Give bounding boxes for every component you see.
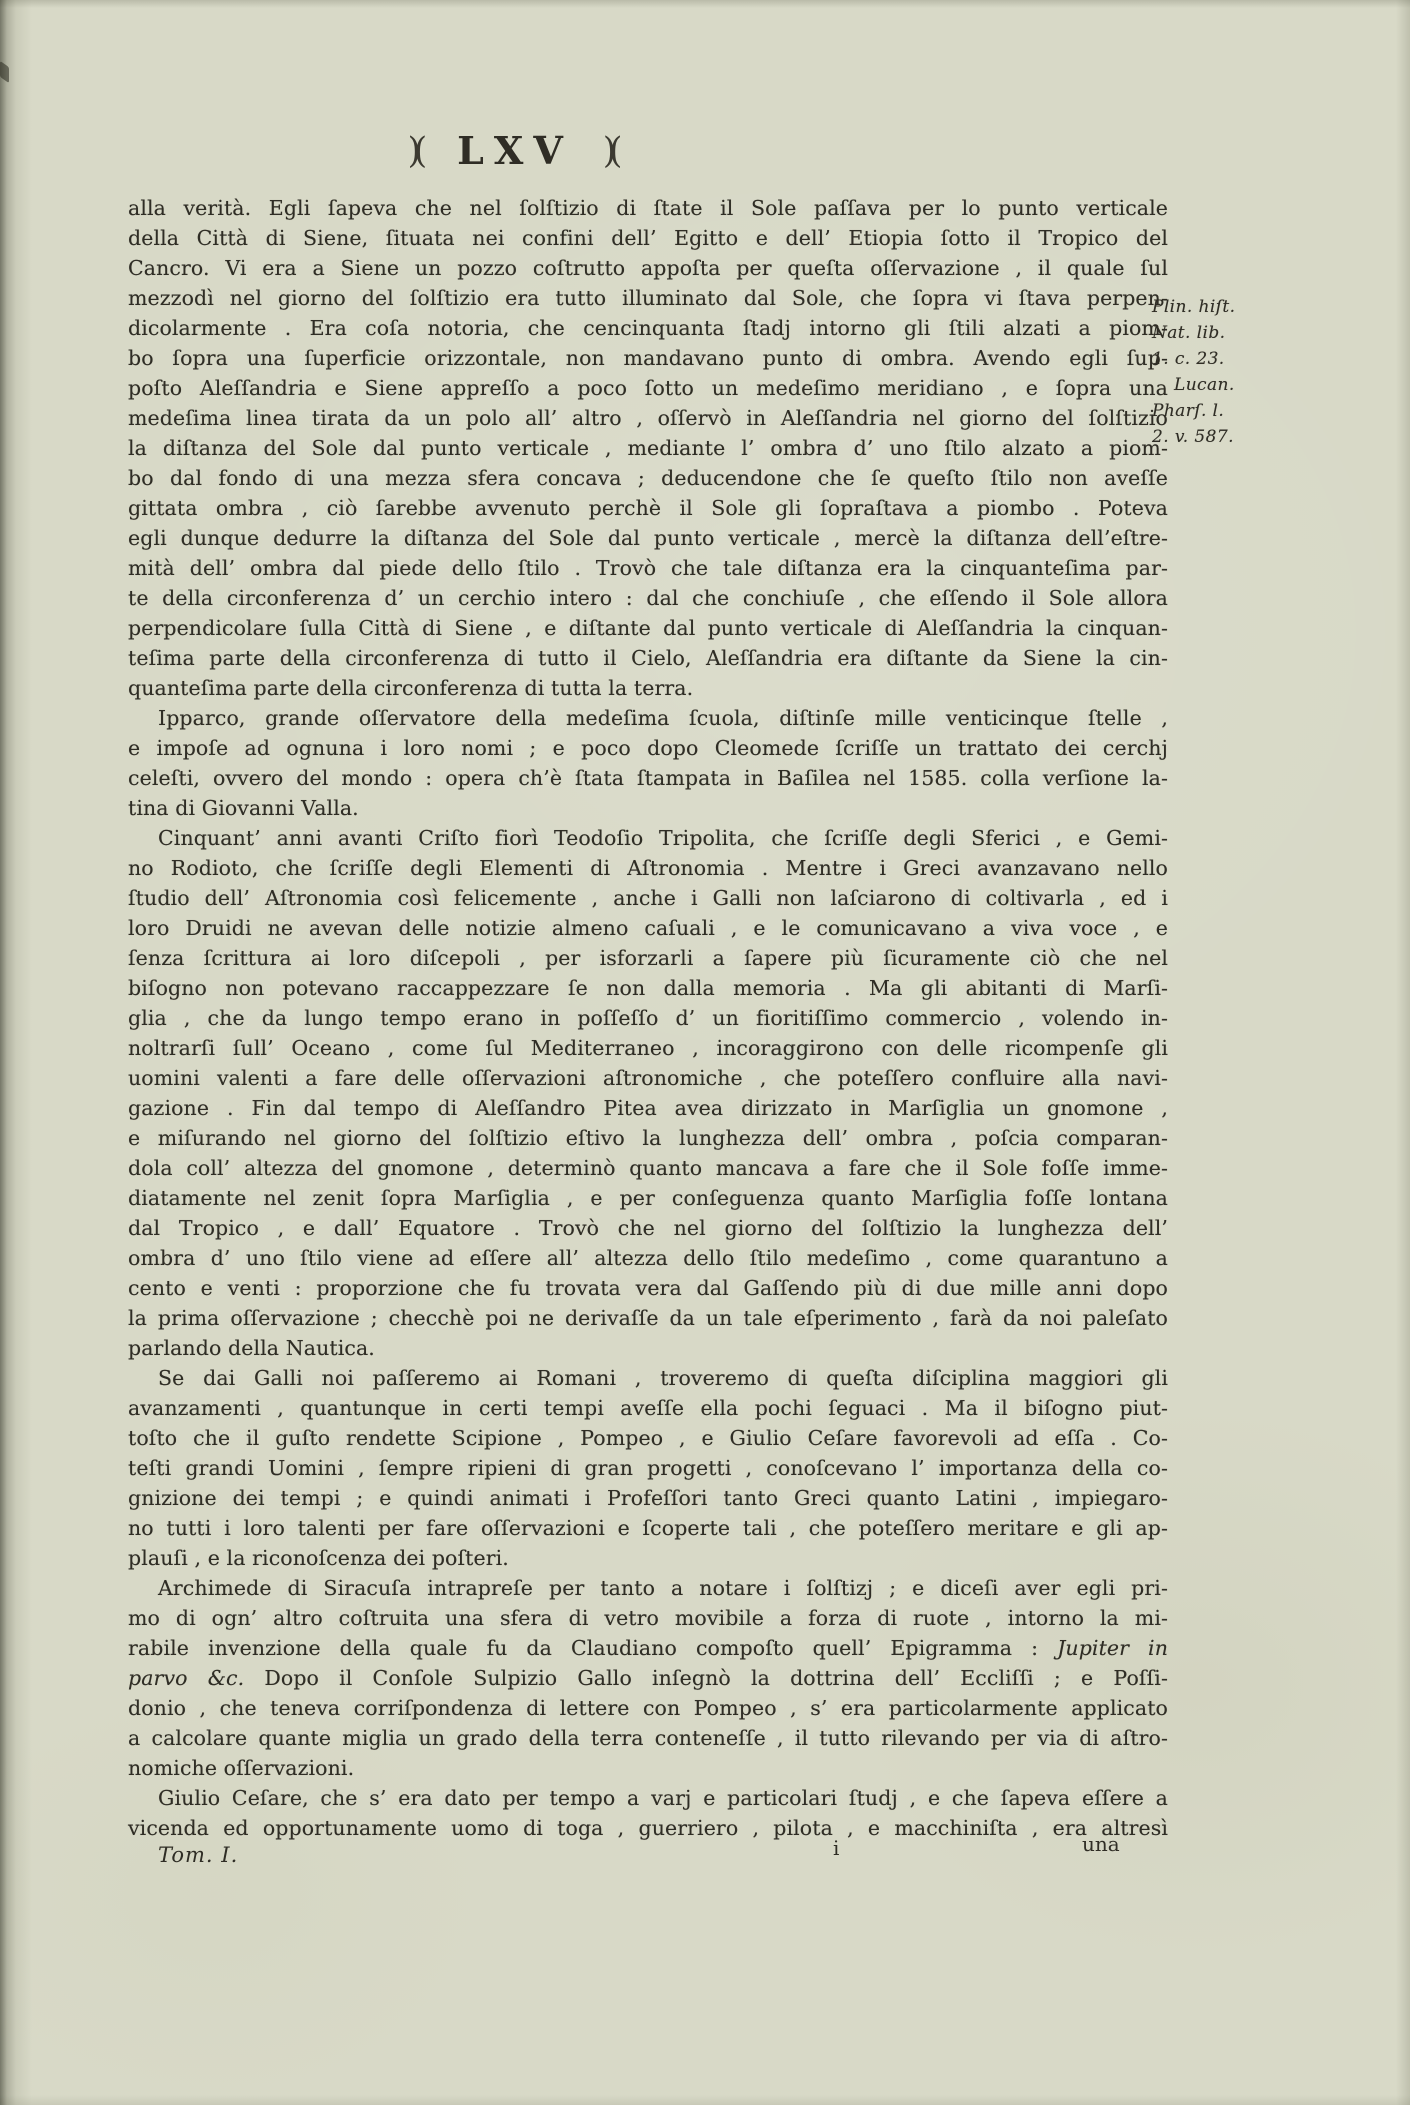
text-line: quanteſima parte della circonferenza di … <box>128 673 1168 703</box>
text-line: dola coll’ altezza del gnomone , determi… <box>128 1153 1168 1183</box>
margin-notes: Plin. hiſt.Nat. lib.1. c. 23.Lucan.Pharſ… <box>1152 294 1322 450</box>
text-line: plauſi , e la riconoſcenza dei poſteri. <box>128 1543 1168 1573</box>
text-line: tina di Giovanni Valla. <box>128 793 1168 823</box>
body-text: alla verità. Egli ſapeva che nel ſolſtiz… <box>128 193 1168 1843</box>
volume-label: Tom. I. <box>158 1843 238 1867</box>
signature-mark: i <box>833 1836 839 1860</box>
header-ornament-right: )( <box>603 130 623 172</box>
text-line: mezzodì nel giorno del ſolſtizio era tut… <box>128 283 1168 313</box>
text-line: poſto Aleſſandria e Siene appreſſo a poc… <box>128 373 1168 403</box>
text-line: bo dal fondo di una mezza sfera concava … <box>128 463 1168 493</box>
text-line: egli dunque dedurre la diſtanza del Sole… <box>128 523 1168 553</box>
book-page: )( LXV )( alla verità. Egli ſapeva che n… <box>0 0 1410 2105</box>
text-line: donio , che teneva corriſpondenza di let… <box>128 1693 1168 1723</box>
text-line: cento e venti : proporzione che fu trova… <box>128 1273 1168 1303</box>
text-line: e impoſe ad ognuna i loro nomi ; e poco … <box>128 733 1168 763</box>
margin-note-line: Pharſ. l. <box>1152 398 1322 424</box>
text-line: ſtudio dell’ Aſtronomia così felicemente… <box>128 883 1168 913</box>
text-line: noltrarſi ſull’ Oceano , come ſul Medite… <box>128 1033 1168 1063</box>
text-line: glia , che da lungo tempo erano in poſſe… <box>128 1003 1168 1033</box>
text-line: Ipparco, grande oſſervatore della medeſi… <box>128 703 1168 733</box>
text-line: gazione . Fin dal tempo di Aleſſandro Pi… <box>128 1093 1168 1123</box>
text-line: dicolarmente . Era coſa notoria, che cen… <box>128 313 1168 343</box>
text-line: parlando della Nautica. <box>128 1333 1168 1363</box>
page-number: LXV <box>457 128 573 173</box>
text-line: bo ſopra una ſuperficie orizzontale, non… <box>128 343 1168 373</box>
margin-note-line: 1. c. 23. <box>1152 346 1322 372</box>
text-line: teſima parte della circonferenza di tutt… <box>128 643 1168 673</box>
text-line: mità dell’ ombra dal piede dello ſtilo .… <box>128 553 1168 583</box>
text-line: teſti grandi Uomini , ſempre ripieni di … <box>128 1453 1168 1483</box>
text-line: perpendicolare ſulla Città di Siene , e … <box>128 613 1168 643</box>
text-line: diatamente nel zenit ſopra Marſiglia , e… <box>128 1183 1168 1213</box>
text-line: toſto che il guſto rendette Scipione , P… <box>128 1423 1168 1453</box>
text-line: Archimede di Siracuſa intrapreſe per tan… <box>128 1573 1168 1603</box>
text-line: Giulio Ceſare, che s’ era dato per tempo… <box>128 1783 1168 1813</box>
header-ornament-left: )( <box>408 130 428 172</box>
text-line: nomiche oſſervazioni. <box>128 1753 1168 1783</box>
text-line: parvo &c. Dopo il Conſole Sulpizio Gallo… <box>128 1663 1168 1693</box>
text-line: ombra d’ uno ſtilo viene ad eſſere all’ … <box>128 1243 1168 1273</box>
text-line: gnizione dei tempi ; e quindi animati i … <box>128 1483 1168 1513</box>
page-header: )( LXV )( <box>0 128 1030 173</box>
text-line: no tutti i loro talenti per fare oſſerva… <box>128 1513 1168 1543</box>
margin-note-line: 2. v. 587. <box>1152 424 1322 450</box>
text-line: la diſtanza del Sole dal punto verticale… <box>128 433 1168 463</box>
text-line: la prima oſſervazione ; checchè poi ne d… <box>128 1303 1168 1333</box>
text-line: te della circonferenza d’ un cerchio int… <box>128 583 1168 613</box>
text-line: ſenza ſcrittura ai loro diſcepoli , per … <box>128 943 1168 973</box>
text-line: avanzamenti , quantunque in certi tempi … <box>128 1393 1168 1423</box>
text-line: celeſti, ovvero del mondo : opera ch’è ſ… <box>128 763 1168 793</box>
text-line: uomini valenti a fare delle oſſervazioni… <box>128 1063 1168 1093</box>
text-line: vicenda ed opportunamente uomo di toga ,… <box>128 1813 1168 1843</box>
catchword: una <box>1082 1832 1120 1856</box>
text-line: biſogno non potevano raccappezzare ſe no… <box>128 973 1168 1003</box>
text-line: rabile invenzione della quale fu da Clau… <box>128 1633 1168 1663</box>
text-line: dal Tropico , e dall’ Equatore . Trovò c… <box>128 1213 1168 1243</box>
text-line: Cancro. Vi era a Siene un pozzo coſtrutt… <box>128 253 1168 283</box>
text-line: no Rodioto, che ſcriſſe degli Elementi d… <box>128 853 1168 883</box>
text-line: Cinquant’ anni avanti Criſto fiorì Teodo… <box>128 823 1168 853</box>
text-line: gittata ombra , ciò ſarebbe avvenuto per… <box>128 493 1168 523</box>
margin-note-line: Nat. lib. <box>1152 320 1322 346</box>
text-line: alla verità. Egli ſapeva che nel ſolſtiz… <box>128 193 1168 223</box>
page-edge-mark <box>0 61 9 83</box>
text-line: loro Druidi ne avevan delle notizie alme… <box>128 913 1168 943</box>
text-line: mo di ogn’ altro coſtruita una sfera di … <box>128 1603 1168 1633</box>
text-line: medeſima linea tirata da un polo all’ al… <box>128 403 1168 433</box>
margin-note-line: Plin. hiſt. <box>1152 294 1322 320</box>
margin-note-line: Lucan. <box>1152 372 1322 398</box>
text-line: Se dai Galli noi paſſeremo ai Romani , t… <box>128 1363 1168 1393</box>
text-line: della Città di Siene, ſituata nei confin… <box>128 223 1168 253</box>
text-line: a calcolare quante miglia un grado della… <box>128 1723 1168 1753</box>
text-line: e miſurando nel giorno del ſolſtizio eſt… <box>128 1123 1168 1153</box>
